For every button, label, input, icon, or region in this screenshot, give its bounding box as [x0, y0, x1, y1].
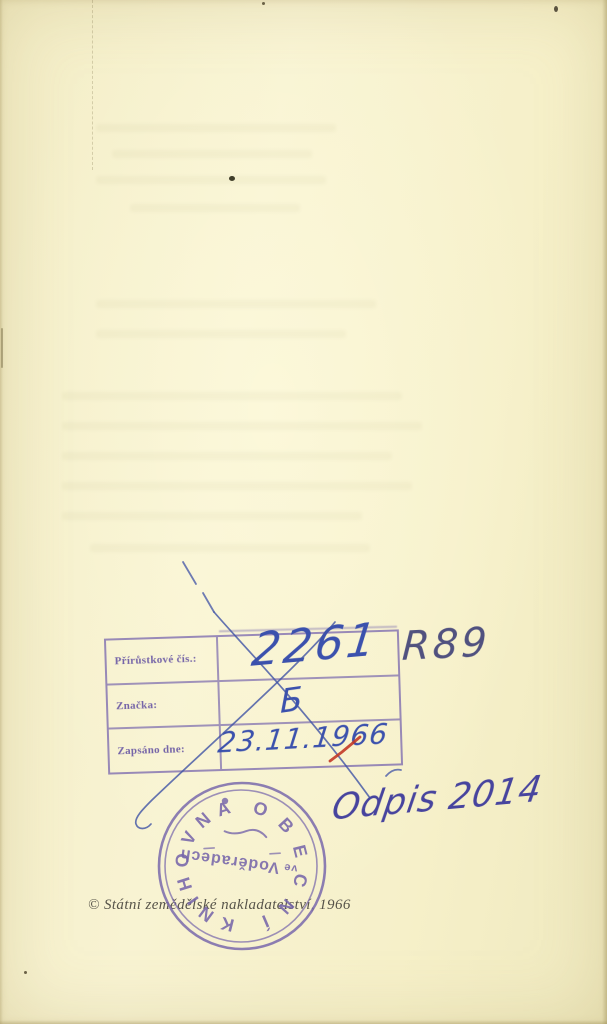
- ghost-text-line: [62, 422, 422, 430]
- copyright-imprint-line: © Státní zemědělské nakladatelství, 1966: [88, 897, 448, 914]
- page-edge-shadow-left: [0, 0, 3, 1024]
- znacka-handwritten-mark: Ƃ: [280, 678, 302, 721]
- stamp-ring-text-bottom: KNIHOVNA: [172, 797, 236, 935]
- ghost-text-line: [112, 150, 312, 158]
- cancellation-dashed-lead: [183, 562, 214, 612]
- paper-speck: [262, 2, 265, 5]
- row-label-mark: Značka:: [107, 682, 220, 728]
- ghost-text-line: [62, 512, 362, 520]
- paper-speck: [24, 971, 27, 974]
- stamp-side-dashes: [204, 843, 280, 860]
- paper-crease-line: [92, 0, 93, 170]
- stamp-inner-circle: [165, 790, 317, 942]
- page-edge-shadow-right: [602, 0, 607, 1024]
- ghost-text-line: [62, 392, 402, 400]
- ghost-text-line: [130, 204, 300, 212]
- row-value-cell: [219, 676, 399, 724]
- shelf-mark-handwritten: R89: [401, 620, 491, 671]
- ghost-text-line: [62, 452, 392, 460]
- stamp-outer-circle: [159, 783, 325, 949]
- ghost-text-line: [96, 300, 376, 308]
- page-edge-shadow-bottom: [0, 1020, 607, 1024]
- stamp-dot: [222, 798, 228, 804]
- paper-speck: [554, 6, 558, 12]
- row-label-accession-number: Přírůstkové čís.:: [106, 637, 219, 683]
- ghost-text-line: [90, 544, 370, 552]
- withdrawal-note-handwritten: Odpis 2014: [329, 769, 545, 828]
- stamp-center-group: veVoděradech: [179, 820, 302, 879]
- stamp-center-text: veVoděradech: [179, 845, 299, 878]
- ghost-text-line: [96, 176, 326, 184]
- scanned-book-page: Přírůstkové čís.: Značka: Zapsáno dne: 2…: [0, 0, 607, 1024]
- small-tick-stroke: [386, 770, 401, 776]
- stamp-flourish-squiggle: [225, 826, 267, 838]
- ghost-text-line: [62, 482, 412, 490]
- ghost-text-line: [96, 124, 336, 132]
- row-label-recorded-date: Zapsáno dne:: [109, 726, 222, 772]
- ghost-text-line: [96, 330, 346, 338]
- paper-speck: [1, 328, 3, 368]
